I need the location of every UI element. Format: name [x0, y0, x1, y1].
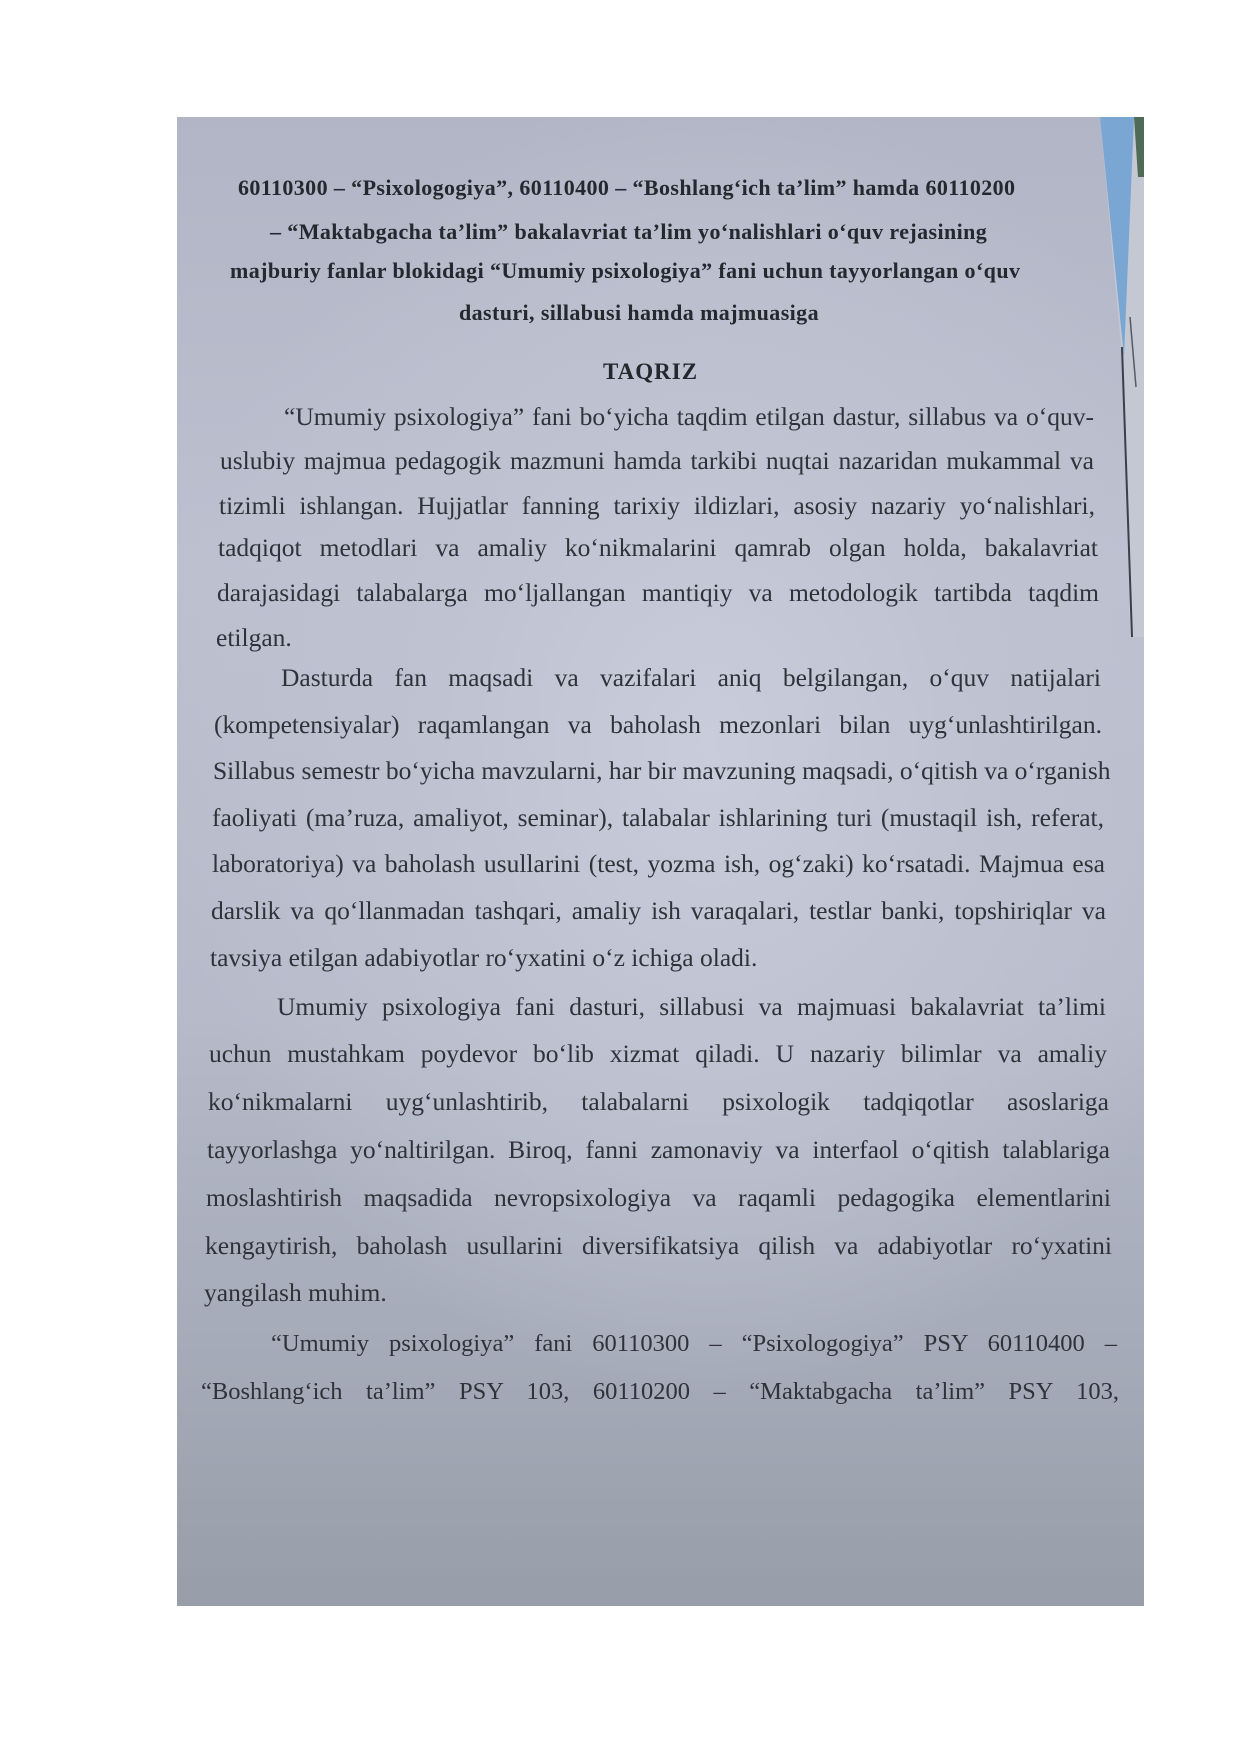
paragraph-line: tayyorlashga yo‘naltirilgan. Biroq, fann… — [207, 1135, 1110, 1165]
paragraph-line: (kompetensiyalar) raqamlangan va baholas… — [214, 710, 1102, 740]
paragraph-line: ko‘nikmalarni uyg‘unlashtirib, talabalar… — [208, 1087, 1109, 1117]
document-photo: 60110300 – “Psixologogiya”, 60110400 – “… — [177, 117, 1144, 1606]
paragraph-line: yangilash muhim. — [204, 1278, 387, 1308]
paragraph-line: tizimli ishlangan. Hujjatlar fanning tar… — [219, 491, 1095, 521]
document-title: TAQRIZ — [603, 359, 698, 385]
paragraph-line: tadqiqot metodlari va amaliy ko‘nikmalar… — [218, 533, 1098, 563]
paragraph-line: tavsiya etilgan adabiyotlar ro‘yxatini o… — [210, 943, 757, 973]
paragraph-line: “Umumiy psixologiya” fani bo‘yicha taqdi… — [284, 402, 1094, 432]
paragraph-line: Umumiy psixologiya fani dasturi, sillabu… — [277, 992, 1106, 1022]
paragraph-line: etilgan. — [216, 623, 292, 653]
paragraph-line: laboratoriya) va baholash usullarini (te… — [212, 849, 1105, 879]
paragraph-line: darajasidagi talabalarga mo‘ljallangan m… — [217, 578, 1099, 608]
paragraph-line: uslubiy majmua pedagogik mazmuni hamda t… — [220, 446, 1094, 476]
paragraph-line: “Boshlang‘ich ta’lim” PSY 103, 60110200 … — [201, 1378, 1119, 1406]
paragraph-line: faoliyati (ma’ruza, amaliyot, seminar), … — [212, 803, 1104, 833]
paragraph-line: “Umumiy psixologiya” fani 60110300 – “Ps… — [271, 1330, 1117, 1358]
paragraph-line: kengaytirish, baholash usullarini divers… — [205, 1231, 1112, 1261]
heading-line-3: majburiy fanlar blokidagi “Umumiy psixol… — [230, 258, 1020, 284]
paragraph-line: darslik va qo‘llanmadan tashqari, amaliy… — [211, 896, 1106, 926]
page-edge-decoration — [1100, 117, 1144, 637]
paragraph-line: uchun mustahkam poydevor bo‘lib xizmat q… — [209, 1039, 1107, 1069]
heading-line-2: – “Maktabgacha ta’lim” bakalavriat ta’li… — [270, 219, 987, 245]
paragraph-line: Dasturda fan maqsadi va vazifalari aniq … — [281, 663, 1101, 693]
paragraph-line: Sillabus semestr bo‘yicha mavzularni, ha… — [213, 756, 1103, 786]
paragraph-line: moslashtirish maqsadida nevropsixologiya… — [206, 1183, 1111, 1213]
heading-line-1: 60110300 – “Psixologogiya”, 60110400 – “… — [238, 175, 1015, 201]
heading-line-4: dasturi, sillabusi hamda majmuasiga — [459, 300, 819, 326]
